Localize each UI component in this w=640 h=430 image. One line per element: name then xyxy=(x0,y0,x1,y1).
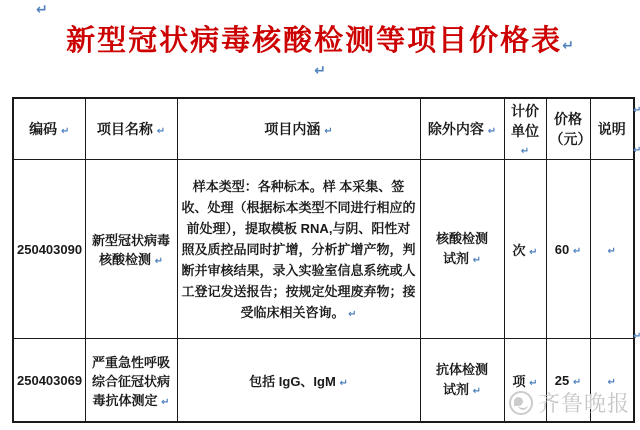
paragraph-mark-icon: ↵ xyxy=(61,126,69,137)
cell-note: ↵ xyxy=(590,160,634,339)
paragraph-mark-icon: ↵ xyxy=(573,377,581,388)
col-header-content: 项目内涵 ↵ xyxy=(177,98,420,160)
col-header-label: 计价 单位 xyxy=(511,103,539,139)
cell-unit: 次 ↵ xyxy=(504,160,546,339)
paragraph-mark-icon: ↵ xyxy=(157,126,165,137)
item-code: 250403090 xyxy=(17,242,82,257)
cell-content: 包括 IgG、IgM ↵ xyxy=(177,339,420,423)
item-price: 25 xyxy=(555,373,569,388)
paragraph-mark-icon: ↵ xyxy=(562,38,574,54)
cell-name: 严重急性呼吸综合征冠状病毒抗体测定 ↵ xyxy=(85,339,177,423)
qilu-evening-news-logo-icon xyxy=(509,391,533,415)
col-header-label: 编码 xyxy=(29,121,57,137)
paragraph-mark-icon: ↵ xyxy=(608,377,616,388)
col-header-excluded: 除外内容 ↵ xyxy=(420,98,504,160)
col-header-name: 项目名称 ↵ xyxy=(85,98,177,160)
paragraph-mark-icon: ↵ xyxy=(339,378,347,389)
col-header-code: 编码 ↵ xyxy=(13,98,85,160)
col-header-label: 价格 （元） xyxy=(550,111,591,147)
col-header-label: 项目内涵 xyxy=(264,121,320,137)
paragraph-mark-icon: ↵ xyxy=(155,256,163,267)
paragraph-mark-icon: ↵ xyxy=(573,246,581,257)
watermark: 齐鲁晚报 xyxy=(509,387,630,418)
item-content: 包括 IgG、IgM xyxy=(249,374,336,389)
paragraph-mark-icon: ↵ xyxy=(348,309,356,320)
paragraph-mark-icon: ↵ xyxy=(473,255,481,266)
cell-excluded: 核酸检测 试剂 ↵ xyxy=(420,160,504,339)
empty-paragraph-line: ↵ xyxy=(0,59,640,83)
cell-excluded: 抗体检测 试剂 ↵ xyxy=(420,339,504,423)
cell-code: 250403069 xyxy=(13,339,85,423)
col-header-price: 价格 （元） xyxy=(546,98,590,160)
item-unit: 次 xyxy=(512,243,525,258)
paragraph-mark-icon: ↵ xyxy=(324,126,332,137)
item-price: 60 xyxy=(555,242,569,257)
paragraph-mark-icon: ↵ xyxy=(529,247,537,258)
cell-name: 新型冠状病毒核酸检测 ↵ xyxy=(85,160,177,339)
paragraph-mark-icon: ↵ xyxy=(314,63,326,79)
paragraph-mark-icon: ↵ xyxy=(161,397,169,408)
paragraph-mark-icon: ↵ xyxy=(473,386,481,397)
document-page: ↵ 新型冠状病毒核酸检测等项目价格表↵ ↵ 编码 ↵ 项目名称 ↵ 项目内涵 ↵… xyxy=(0,0,640,430)
cell-content: 样本类型：各种标本。样 本采集、签收、处理（根据标本类型不同进行相应的前处理），… xyxy=(177,160,420,339)
col-header-unit: 计价 单位↵ xyxy=(504,98,546,160)
header-row: 编码 ↵ 项目名称 ↵ 项目内涵 ↵ 除外内容 ↵ 计价 单位↵ 价格 （元） … xyxy=(13,98,634,160)
table-row: 250403090 新型冠状病毒核酸检测 ↵ 样本类型：各种标本。样 本采集、签… xyxy=(13,160,634,339)
paragraph-mark-icon: ↵ xyxy=(633,106,640,116)
col-header-label: 项目名称 xyxy=(97,121,153,137)
paragraph-mark-icon: ↵ xyxy=(36,3,48,17)
item-content: 样本类型：各种标本。样 本采集、签收、处理（根据标本类型不同进行相应的前处理），… xyxy=(181,179,415,320)
paragraph-mark-icon: ↵ xyxy=(521,146,529,157)
cell-price: 60 ↵ xyxy=(546,160,590,339)
item-name: 严重急性呼吸综合征冠状病毒抗体测定 xyxy=(92,355,170,408)
col-header-label: 说明 xyxy=(598,121,626,137)
watermark-text: 齐鲁晚报 xyxy=(538,387,630,418)
paragraph-mark-icon: ↵ xyxy=(633,146,640,156)
price-table: 编码 ↵ 项目名称 ↵ 项目内涵 ↵ 除外内容 ↵ 计价 单位↵ 价格 （元） … xyxy=(12,97,635,423)
col-header-label: 除外内容 xyxy=(428,121,484,137)
cell-code: 250403090 xyxy=(13,160,85,339)
paragraph-mark-icon: ↵ xyxy=(488,126,496,137)
col-header-note: 说明 xyxy=(590,98,634,160)
paragraph-mark-icon: ↵ xyxy=(608,246,616,257)
item-code: 250403069 xyxy=(17,373,82,388)
title-line: 新型冠状病毒核酸检测等项目价格表↵ xyxy=(0,0,640,59)
paragraph-mark-icon: ↵ xyxy=(633,332,640,342)
page-title: 新型冠状病毒核酸检测等项目价格表 xyxy=(66,25,562,57)
